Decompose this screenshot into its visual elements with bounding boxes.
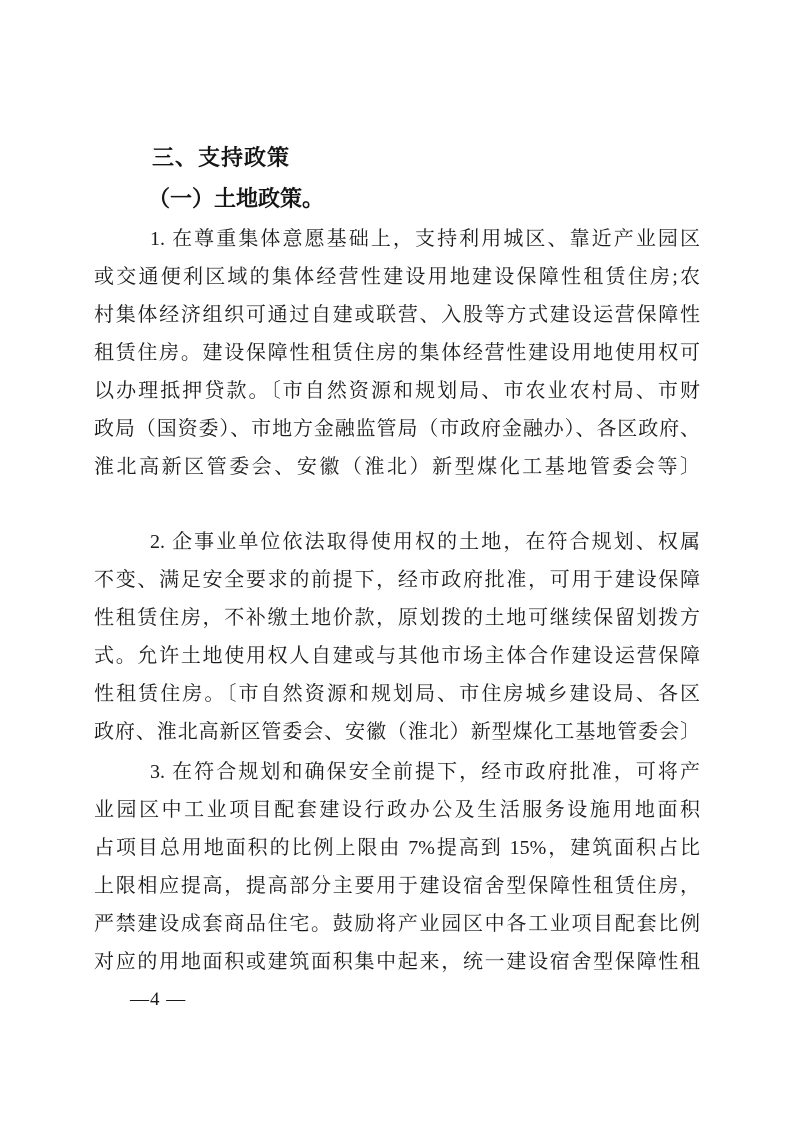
subsection-heading: （一）土地政策。 xyxy=(94,185,700,213)
body-line: 政府、淮北高新区管委会、安徽（淮北）新型煤化工基地管委会〕 xyxy=(94,713,700,751)
document-page: 三、支持政策 （一）土地政策。 1. 在尊重集体意愿基础上，支持利用城区、靠近产… xyxy=(0,0,792,1122)
paragraph-1: 1. 在尊重集体意愿基础上，支持利用城区、靠近产业园区 或交通便利区域的集体经营… xyxy=(94,220,700,486)
body-line: 性租赁住房，不补缴土地价款，原划拨的土地可继续保留划拨方 xyxy=(94,599,700,637)
body-line: 对应的用地面积或建筑面积集中起来，统一建设宿舍型保障性租 xyxy=(94,943,700,981)
body-line: 2. 企事业单位依法取得使用权的土地，在符合规划、权属 xyxy=(94,523,700,561)
body-line: 性租赁住房。〔市自然资源和规划局、市住房城乡建设局、各区 xyxy=(94,675,700,713)
section-heading: 三、支持政策 xyxy=(94,144,700,172)
body-line: 不变、满足安全要求的前提下，经市政府批准，可用于建设保障 xyxy=(94,561,700,599)
body-line: 3. 在符合规划和确保安全前提下，经市政府批准，可将产 xyxy=(94,753,700,791)
body-line: 严禁建设成套商品住宅。鼓励将产业园区中各工业项目配套比例 xyxy=(94,905,700,943)
body-line: 或交通便利区域的集体经营性建设用地建设保障性租赁住房;农 xyxy=(94,258,700,296)
document-content: 三、支持政策 （一）土地政策。 1. 在尊重集体意愿基础上，支持利用城区、靠近产… xyxy=(94,0,700,981)
body-line: 式。允许土地使用权人自建或与其他市场主体合作建设运营保障 xyxy=(94,637,700,675)
body-line: 村集体经济组织可通过自建或联营、入股等方式建设运营保障性 xyxy=(94,296,700,334)
body-line: 政局（国资委）、市地方金融监管局（市政府金融办）、各区政府、 xyxy=(94,410,700,448)
paragraph-2: 2. 企事业单位依法取得使用权的土地，在符合规划、权属 不变、满足安全要求的前提… xyxy=(94,523,700,751)
body-line: 上限相应提高，提高部分主要用于建设宿舍型保障性租赁住房， xyxy=(94,867,700,905)
body-line: 淮北高新区管委会、安徽（淮北）新型煤化工基地管委会等〕 xyxy=(94,448,700,486)
body-line: 1. 在尊重集体意愿基础上，支持利用城区、靠近产业园区 xyxy=(94,220,700,258)
paragraph-spacer xyxy=(94,486,700,523)
body-line: 占项目总用地面积的比例上限由 7%提高到 15%，建筑面积占比 xyxy=(94,829,700,867)
page-number: —4 — xyxy=(130,988,186,1012)
body-line: 以办理抵押贷款。〔市自然资源和规划局、市农业农村局、市财 xyxy=(94,372,700,410)
body-line: 租赁住房。建设保障性租赁住房的集体经营性建设用地使用权可 xyxy=(94,334,700,372)
body-line: 业园区中工业项目配套建设行政办公及生活服务设施用地面积 xyxy=(94,791,700,829)
paragraph-3: 3. 在符合规划和确保安全前提下，经市政府批准，可将产 业园区中工业项目配套建设… xyxy=(94,753,700,981)
